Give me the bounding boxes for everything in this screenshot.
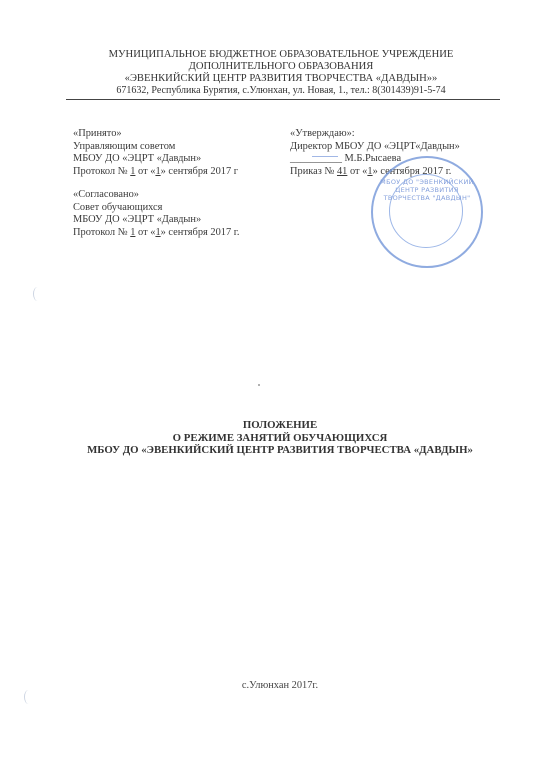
from-label: от « (135, 227, 155, 238)
agreed-protocol: Протокол № 1 от «1» сентября 2017 г. (73, 227, 239, 240)
letterhead: МУНИЦИПАЛЬНОЕ БЮДЖЕТНОЕ ОБРАЗОВАТЕЛЬНОЕ … (66, 49, 496, 97)
accepted-org: МБОУ ДО «ЭЦРТ «Давдын» (73, 153, 238, 166)
order-label: Приказ № (290, 166, 337, 177)
letterhead-divider (66, 99, 500, 100)
letterhead-line-3: «ЭВЕНКИЙСКИЙ ЦЕНТР РАЗВИТИЯ ТВОРЧЕСТВА «… (66, 73, 496, 85)
order-number: 41 (337, 166, 347, 177)
signature-scribble (312, 144, 338, 157)
title-line-3: МБОУ ДО «ЭВЕНКИЙСКИЙ ЦЕНТР РАЗВИТИЯ ТВОР… (60, 444, 500, 457)
document-title: ПОЛОЖЕНИЕ О РЕЖИМЕ ЗАНЯТИЙ ОБУЧАЮЩИХСЯ М… (60, 419, 500, 457)
letterhead-address: 671632, Республика Бурятия, с.Улюнхан, у… (66, 85, 496, 97)
punch-hole-mark (24, 690, 33, 704)
official-stamp-icon: МБОУ ДО "ЭВЕНКИЙСКИЙ ЦЕНТР РАЗВИТИЯ ТВОР… (371, 156, 483, 268)
stamp-text: МБОУ ДО "ЭВЕНКИЙСКИЙ ЦЕНТР РАЗВИТИЯ ТВОР… (373, 178, 481, 202)
protocol-label: Протокол № (73, 227, 130, 238)
accepted-body: Управляющим советом (73, 141, 238, 154)
agreed-title: «Согласовано» (73, 189, 239, 202)
agreed-block: «Согласовано» Совет обучающихся МБОУ ДО … (73, 189, 239, 239)
director-name: М.Б.Рысаева (342, 153, 401, 164)
accepted-block: «Принято» Управляющим советом МБОУ ДО «Э… (73, 128, 238, 178)
letterhead-line-2: ДОПОЛНИТЕЛЬНОГО ОБРАЗОВАНИЯ (66, 61, 496, 73)
scan-speck (258, 384, 260, 386)
protocol-label: Протокол № (73, 166, 130, 177)
punch-hole-mark (33, 287, 42, 301)
accepted-title: «Принято» (73, 128, 238, 141)
protocol-date: » сентября 2017 г. (161, 227, 240, 238)
title-line-2: О РЕЖИМЕ ЗАНЯТИЙ ОБУЧАЮЩИХСЯ (60, 432, 500, 445)
footer-place-year: с.Улюнхан 2017г. (200, 680, 360, 691)
agreed-body: Совет обучающихся (73, 202, 239, 215)
from-label: от « (347, 166, 367, 177)
approved-title: «Утверждаю»: (290, 128, 460, 141)
protocol-date: » сентября 2017 г (161, 166, 238, 177)
from-label: от « (135, 166, 155, 177)
agreed-org: МБОУ ДО «ЭЦРТ «Давдын» (73, 214, 239, 227)
document-page: МУНИЦИПАЛЬНОЕ БЮДЖЕТНОЕ ОБРАЗОВАТЕЛЬНОЕ … (0, 0, 558, 768)
letterhead-line-1: МУНИЦИПАЛЬНОЕ БЮДЖЕТНОЕ ОБРАЗОВАТЕЛЬНОЕ … (66, 49, 496, 61)
title-line-1: ПОЛОЖЕНИЕ (60, 419, 500, 432)
accepted-protocol: Протокол № 1 от «1» сентября 2017 г (73, 166, 238, 179)
